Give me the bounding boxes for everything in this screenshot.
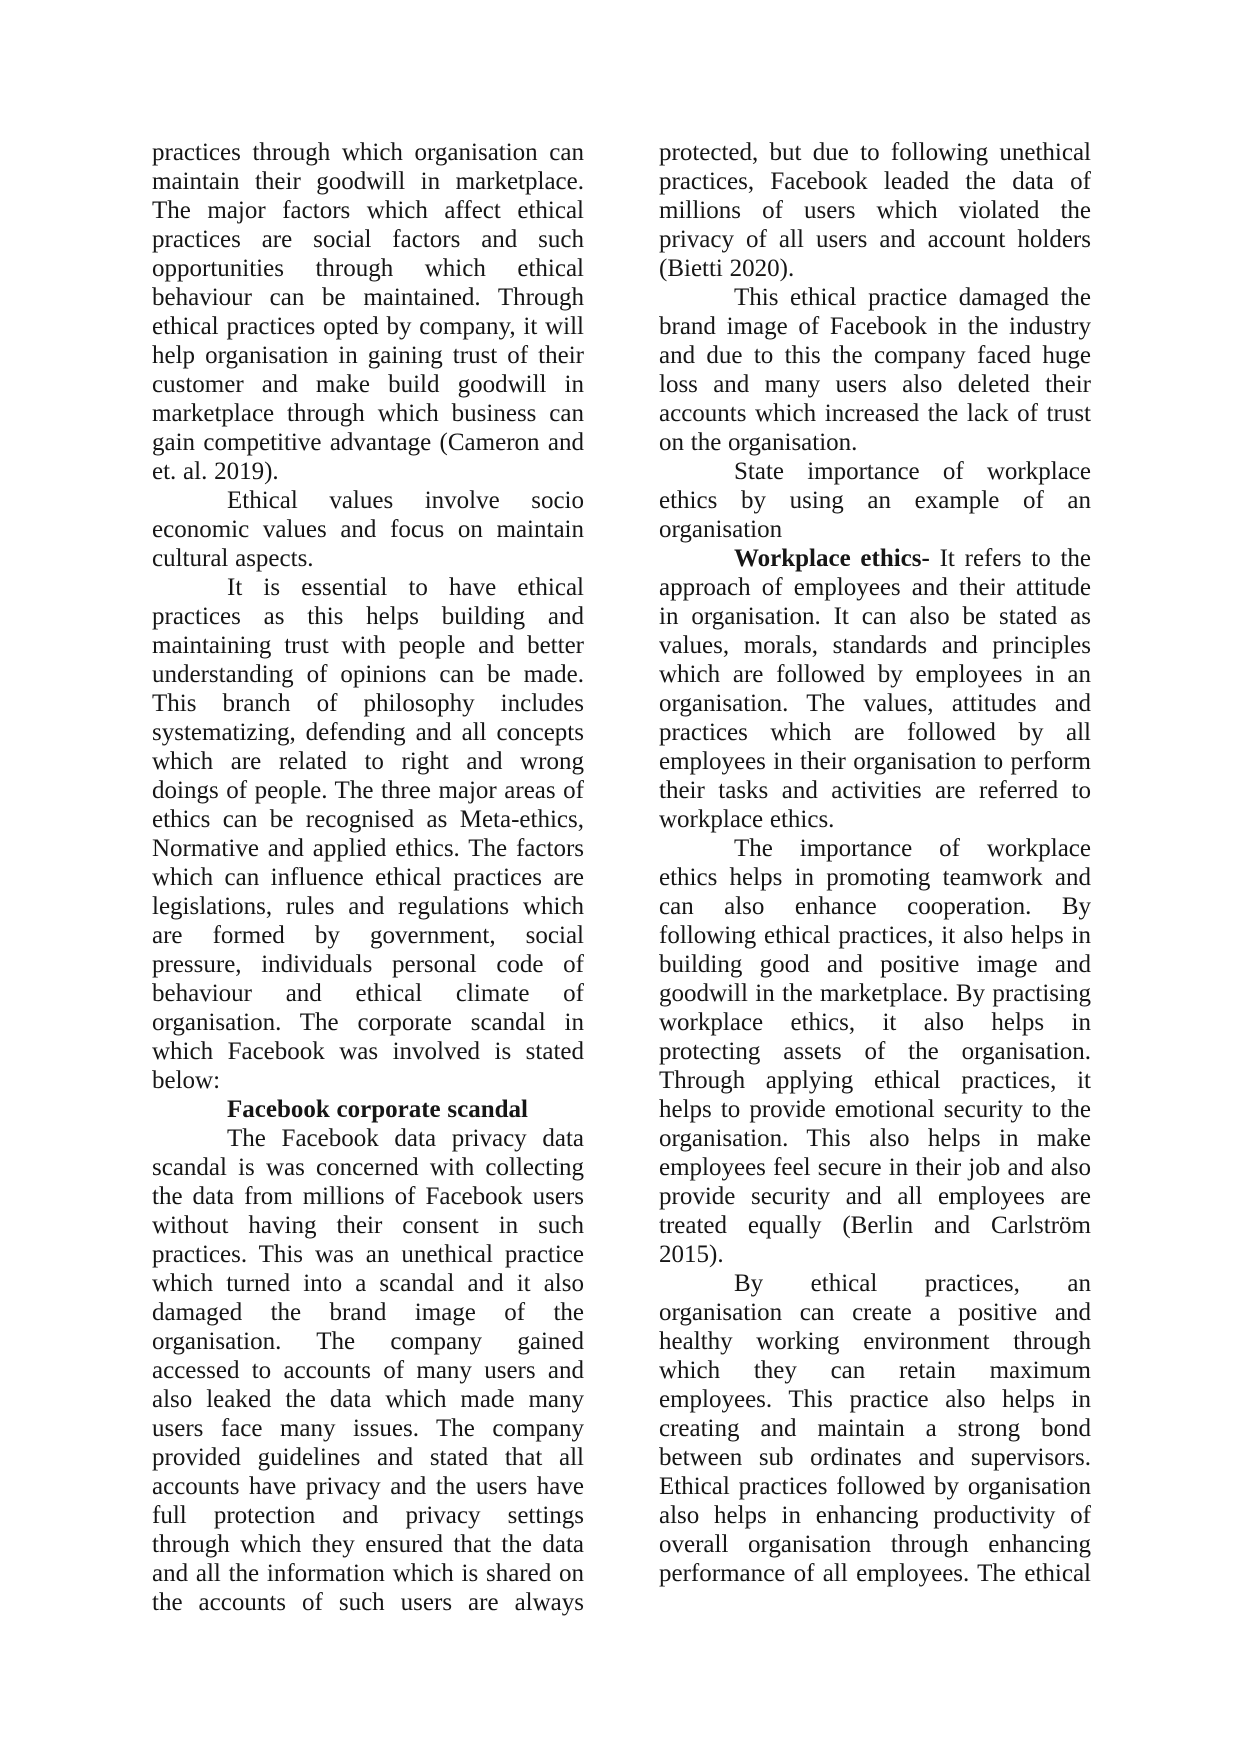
paragraph-brand-image-damage: This ethical practice damaged the brand … [659, 283, 1091, 457]
heading-facebook-corporate-scandal: Facebook corporate scandal [152, 1095, 584, 1124]
paragraph-protected-continued: protected, but due to following unethica… [659, 138, 1091, 283]
paragraph-importance-of-workplace-ethics: The importance of workplace ethics helps… [659, 834, 1091, 1269]
workplace-ethics-definition-text: It refers to the approach of employees a… [659, 545, 1091, 833]
paragraph-state-importance-prompt: State importance of workplace ethics by … [659, 457, 1091, 544]
right-column: protected, but due to following unethica… [659, 138, 1091, 1617]
left-column: practices through which organisation can… [152, 138, 584, 1617]
paragraph-positive-environment: By ethical practices, an organisation ca… [659, 1269, 1091, 1588]
document-page: practices through which organisation can… [0, 0, 1241, 1754]
paragraph-facebook-data-privacy-scandal: The Facebook data privacy data scandal i… [152, 1124, 584, 1617]
paragraph-ethical-practices-continued: practices through which organisation can… [152, 138, 584, 486]
two-column-layout: practices through which organisation can… [152, 138, 1091, 1617]
paragraph-ethical-values: Ethical values involve socio economic va… [152, 486, 584, 573]
workplace-ethics-bold-term: Workplace ethics- [734, 545, 930, 572]
paragraph-essential-ethical-practices: It is essential to have ethical practice… [152, 573, 584, 1095]
paragraph-workplace-ethics-definition: Workplace ethics- It refers to the appro… [659, 544, 1091, 834]
